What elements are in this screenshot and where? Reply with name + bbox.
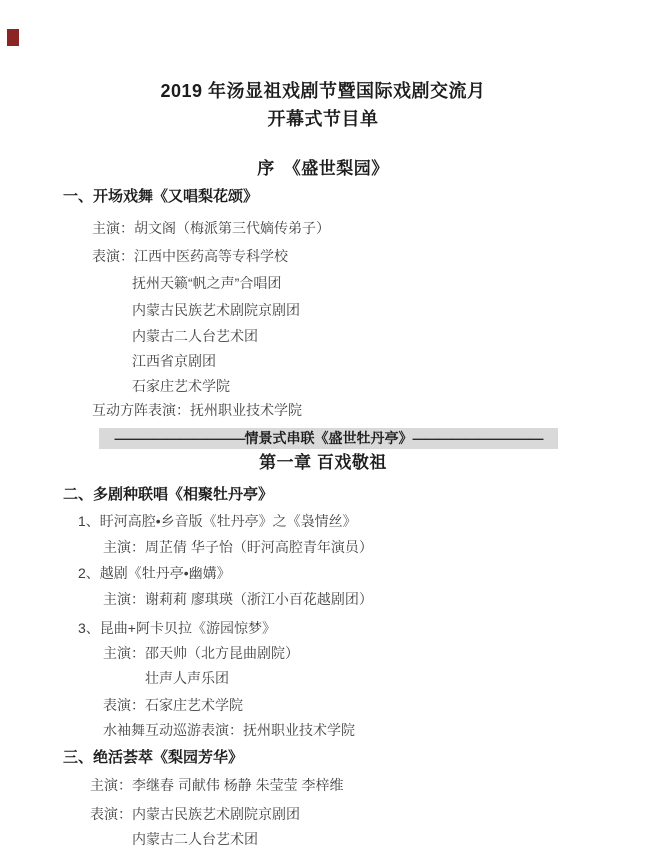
section-2-item-3-title: 3、昆曲+阿卡贝拉《游园惊梦》 [78,620,276,637]
section-3-cast-line: 主演：李继春 司献伟 杨静 朱莹莹 李梓维 [90,777,344,794]
section-1-performer-item: 内蒙古民族艺术剧院京剧团 [132,302,300,319]
chapter-heading: 第一章 百戏敬祖 [0,453,646,473]
section-2-heading: 二、多剧种联唱《相聚牡丹亭》 [63,486,273,504]
section-2-item-1-title: 1、盱河高腔•乡音版《牡丹亭》之《袅情丝》 [78,513,357,530]
section-1-performer-item: 内蒙古二人台艺术团 [132,328,258,345]
corner-mark [7,29,19,46]
section-2-item-2-cast-line: 主演：谢莉莉 廖琪瑛（浙江小百花越剧团） [103,591,373,608]
section-3-performers-line: 表演：内蒙古民族艺术剧院京剧团 [90,806,300,823]
program-document-page: 2019 年汤显祖戏剧节暨国际戏剧交流月 开幕式节目单 序 《盛世梨园》 一、开… [0,0,646,849]
section-1-heading: 一、开场戏舞《又唱梨花颂》 [63,188,258,206]
doc-title-line1: 2019 年汤显祖戏剧节暨国际戏剧交流月 [0,81,646,102]
section-2-item-1-cast-line: 主演：周芷倩 华子怡（盱河高腔青年演员） [103,539,373,556]
section-1-parade-line: 互动方阵表演：抚州职业技术学院 [92,402,302,419]
section-2-item-3-cast-line: 主演：邵天帅（北方昆曲剧院） [103,645,299,662]
section-2-item-3-choir-line: 壮声人声乐团 [145,670,229,687]
section-3-performer-item: 内蒙古二人台艺术团 [132,831,258,848]
scene-divider-banner: ——————————情景式串联《盛世牡丹亭》—————————— [99,428,558,449]
section-1-cast-line: 主演：胡文阁（梅派第三代嫡传弟子） [92,220,330,237]
section-1-performer-item: 石家庄艺术学院 [132,378,230,395]
divider-dash-left: —————————— [115,430,245,446]
divider-label: 情景式串联《盛世牡丹亭》 [245,430,413,446]
section-2-item-2-title: 2、越剧《牡丹亭•幽媾》 [78,565,231,582]
doc-title-line2: 开幕式节目单 [0,109,646,130]
prologue-heading: 序 《盛世梨园》 [0,159,646,179]
divider-dash-right: —————————— [413,430,543,446]
section-3-heading: 三、绝活荟萃《梨园芳华》 [63,749,243,767]
section-2-item-3-parade-line: 水袖舞互动巡游表演：抚州职业技术学院 [103,722,355,739]
section-1-performers-line: 表演：江西中医药高等专科学校 [92,248,288,265]
section-1-performer-item: 江西省京剧团 [132,353,216,370]
section-1-performer-item: 抚州天籁“帆之声”合唱团 [132,275,281,292]
section-2-item-3-performers-line: 表演：石家庄艺术学院 [103,697,243,714]
